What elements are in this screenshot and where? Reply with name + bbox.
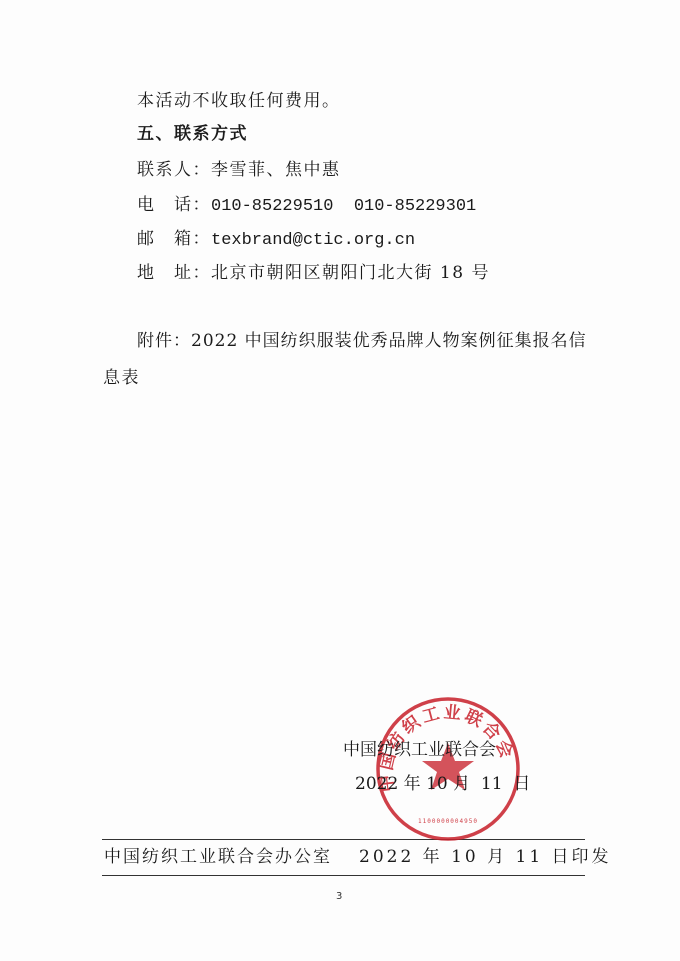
fee-note: 本活动不收取任何费用。 xyxy=(137,90,341,112)
attachment-line-1: 附件：2022 中国纺织服装优秀品牌人物案例征集报名信 xyxy=(137,330,587,352)
address-row: 地址：北京市朝阳区朝阳门北大街 18 号 xyxy=(137,262,490,284)
svg-text:1100000004950: 1100000004950 xyxy=(418,818,478,825)
attachment-line-2: 息表 xyxy=(103,367,140,389)
footer-issuer: 中国纺织工业联合会办公室 xyxy=(104,846,332,868)
footer-bottom-rule xyxy=(102,875,585,876)
document-page: 本活动不收取任何费用。 五、联系方式 联系人：李雪菲、焦中惠 电话：010-85… xyxy=(0,0,680,961)
contact-person-label: 联系人： xyxy=(137,160,211,180)
email-value[interactable]: texbrand@ctic.org.cn xyxy=(211,231,415,250)
address-value: 北京市朝阳区朝阳门北大街 18 号 xyxy=(211,263,490,283)
phone-label-char1: 电 xyxy=(137,194,174,216)
signature-date: 2022 年 10 月 11 日 xyxy=(355,773,530,795)
email-label-char2: 箱： xyxy=(174,229,211,249)
phone-label-char2: 话： xyxy=(174,195,211,215)
signature-organization: 中国纺织工业联合会 xyxy=(343,739,496,761)
section-heading-contact: 五、联系方式 xyxy=(137,123,248,145)
email-row: 邮箱：texbrand@ctic.org.cn xyxy=(137,228,415,252)
phone-row: 电话：010-85229510 010-85229301 xyxy=(137,194,476,218)
official-seal-icon: 中国纺织工业联合会 1100000004950 xyxy=(374,695,522,843)
contact-person-value: 李雪菲、焦中惠 xyxy=(211,160,341,180)
page-number: 3 xyxy=(336,891,342,902)
contact-person-row: 联系人：李雪菲、焦中惠 xyxy=(137,159,341,181)
address-label-char2: 址： xyxy=(174,263,211,283)
footer-issue-date: 2022 年 10 月 11 日印发 xyxy=(359,846,612,868)
email-label-char1: 邮 xyxy=(137,228,174,250)
address-label-char1: 地 xyxy=(137,262,174,284)
phone-value: 010-85229510 010-85229301 xyxy=(211,197,476,216)
